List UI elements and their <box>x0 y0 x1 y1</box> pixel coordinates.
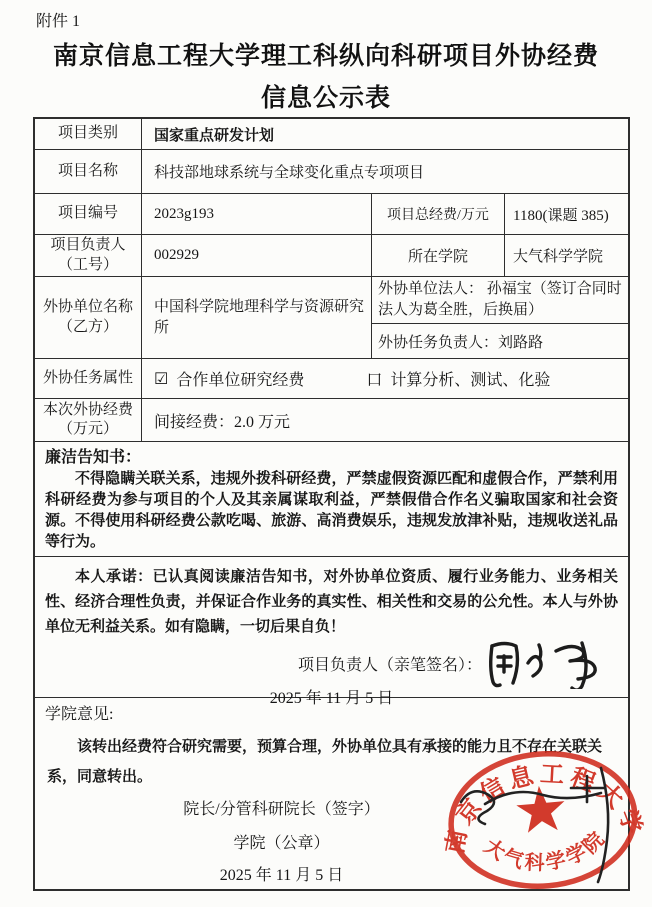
checked-checkbox-icon: ☑ <box>154 369 168 389</box>
row-task-attribute: 外协任务属性 ☑ 合作单位研究经费 口 计算分析、测试、化验 <box>35 359 628 399</box>
project-leader-id-value: 002929 <box>142 235 372 276</box>
outsourcing-amount-label-line2: （万元） <box>58 420 118 440</box>
partner-unit-right-stack: 外协单位法人： 孙福宝（签订合同时法人为葛全胜，后换届） 外协任务负责人：刘路路 <box>372 277 628 358</box>
college-opinion-heading: 学院意见: <box>45 704 618 726</box>
outsourcing-amount-value: 间接经费：2.0 万元 <box>142 399 628 441</box>
leader-handwritten-signature <box>484 637 616 689</box>
row-commitment: 本人承诺：已认真阅读廉洁告知书，对外协单位资质、履行业务能力、业务相关性、经济合… <box>35 557 628 698</box>
leader-sign-label: 项目负责人（亲笔签名）： <box>298 652 482 675</box>
row-outsourcing-amount: 本次外协经费 （万元） 间接经费：2.0 万元 <box>35 399 628 442</box>
college-opinion-cell: 学院意见: 该转出经费符合研究需要，预算合理，外协单位具有承接的能力且不存在关联… <box>35 698 628 889</box>
task-attribute-option2: 口 计算分析、测试、化验 <box>366 367 550 390</box>
project-name-label: 项目名称 <box>35 150 142 193</box>
task-attribute-label: 外协任务属性 <box>35 359 142 398</box>
row-project-category: 项目类别 国家重点研发计划 <box>35 119 628 150</box>
total-budget-label: 项目总经费/万元 <box>372 194 505 234</box>
commitment-cell: 本人承诺：已认真阅读廉洁告知书，对外协单位资质、履行业务能力、业务相关性、经济合… <box>35 557 628 697</box>
row-project-name: 项目名称 科技部地球系统与全球变化重点专项项目 <box>35 150 628 194</box>
row-integrity-notice: 廉洁告知书： 不得隐瞒关联关系，违规外拨科研经费，严禁虚假资源匹配和虚假合作，严… <box>35 442 628 557</box>
row-partner-unit: 外协单位名称 （乙方） 中国科学院地理科学与资源研究所 外协单位法人： 孙福宝（… <box>35 277 628 359</box>
project-number-label: 项目编号 <box>35 194 142 234</box>
integrity-notice-body: 不得隐瞒关联关系，违规外拨科研经费，严禁虚假资源匹配和虚假合作，严禁利用科研经费… <box>45 468 618 552</box>
project-leader-label-line2: （工号） <box>58 256 118 276</box>
partner-unit-label: 外协单位名称 （乙方） <box>35 277 142 358</box>
outsourcing-amount-label-line1: 本次外协经费 <box>43 401 133 421</box>
project-leader-label: 项目负责人 （工号） <box>35 235 142 276</box>
outsourcing-amount-label: 本次外协经费 （万元） <box>35 399 142 441</box>
row-project-number: 项目编号 2023g193 项目总经费/万元 1180(课题 385) <box>35 194 628 235</box>
partner-unit-label-line1: 外协单位名称 <box>43 298 133 318</box>
project-name-value: 科技部地球系统与全球变化重点专项项目 <box>142 150 628 193</box>
document-page: 附件 1 南京信息工程大学理工科纵向科研项目外协经费 信息公示表 项目类别 国家… <box>0 0 652 907</box>
form-table: 项目类别 国家重点研发计划 项目名称 科技部地球系统与全球变化重点专项项目 项目… <box>33 117 630 891</box>
partner-unit-name: 中国科学院地理科学与资源研究所 <box>154 297 371 339</box>
attachment-label: 附件 1 <box>36 8 80 31</box>
project-category-label: 项目类别 <box>35 119 142 149</box>
partner-legal-person: 外协单位法人： 孙福宝（签订合同时法人为葛全胜，后换届） <box>372 277 628 324</box>
project-number-value: 2023g193 <box>142 194 372 234</box>
integrity-notice-cell: 廉洁告知书： 不得隐瞒关联关系，违规外拨科研经费，严禁虚假资源匹配和虚假合作，严… <box>35 442 628 556</box>
row-project-leader: 项目负责人 （工号） 002929 所在学院 大气科学学院 <box>35 235 628 277</box>
dean-handwritten-signature <box>443 746 652 891</box>
college-value: 大气科学学院 <box>505 235 628 276</box>
project-category-value: 国家重点研发计划 <box>142 119 628 149</box>
partner-unit-label-line2: （乙方） <box>58 318 118 338</box>
project-leader-label-line1: 项目负责人 <box>50 236 125 256</box>
partner-task-leader: 外协任务负责人：刘路路 <box>372 324 628 358</box>
commitment-body: 本人承诺：已认真阅读廉洁告知书，对外协单位资质、履行业务能力、业务相关性、经济合… <box>45 561 618 639</box>
leader-sign-row: 项目负责人（亲笔签名）： <box>45 637 618 689</box>
page-title-line1: 南京信息工程大学理工科纵向科研项目外协经费 <box>0 36 652 72</box>
college-label: 所在学院 <box>372 235 505 276</box>
row-college-opinion: 学院意见: 该转出经费符合研究需要，预算合理，外协单位具有承接的能力且不存在关联… <box>35 698 628 889</box>
task-attribute-options: ☑ 合作单位研究经费 口 计算分析、测试、化验 <box>142 359 628 398</box>
task-attribute-option1-label: 合作单位研究经费 <box>176 367 304 390</box>
total-budget-value: 1180(课题 385) <box>505 194 628 234</box>
unchecked-checkbox-icon: 口 <box>366 367 382 390</box>
partner-unit-value: 中国科学院地理科学与资源研究所 <box>142 277 372 358</box>
integrity-notice-heading: 廉洁告知书： <box>45 447 618 468</box>
task-attribute-option1: ☑ 合作单位研究经费 <box>154 367 304 390</box>
task-attribute-option2-label: 计算分析、测试、化验 <box>390 367 550 390</box>
page-title-line2: 信息公示表 <box>0 78 652 114</box>
